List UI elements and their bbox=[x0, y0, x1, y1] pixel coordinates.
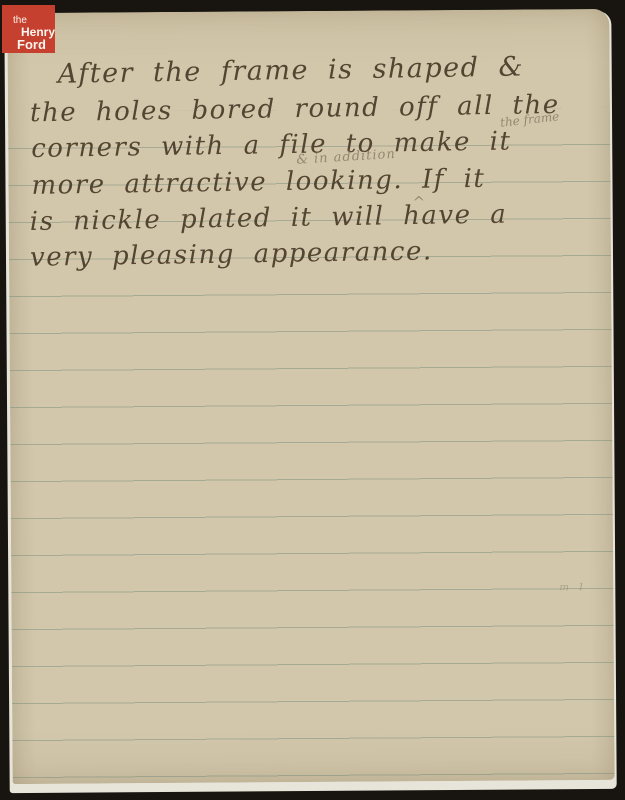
manuscript-page: After the frame is shaped & the holes bo… bbox=[7, 9, 614, 784]
scan-background: After the frame is shaped & the holes bo… bbox=[0, 0, 625, 800]
handwritten-line-1: After the frame is shaped & bbox=[57, 51, 524, 90]
handwritten-line-6: very pleasing appearance. bbox=[30, 235, 433, 273]
pencil-caret-mark: ^ bbox=[413, 193, 426, 211]
henry-ford-logo: the Henry Ford bbox=[2, 5, 55, 53]
faint-margin-mark: m 1 bbox=[559, 582, 587, 593]
page-stack: After the frame is shaped & the holes bo… bbox=[0, 0, 625, 800]
logo-text-ford: Ford bbox=[17, 38, 46, 51]
